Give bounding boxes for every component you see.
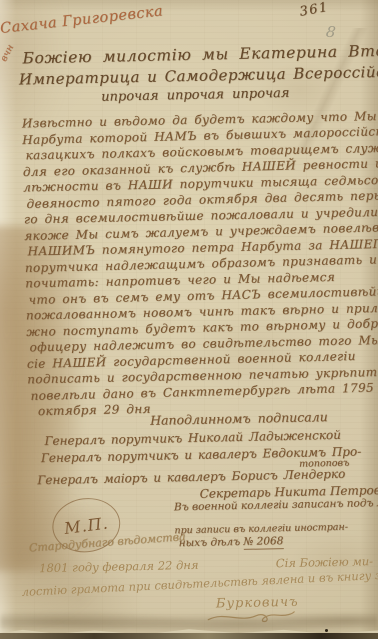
patent-body-text: Извѣстно и вѣдомо да будетъ каждому что … (22, 108, 378, 419)
manuscript-page: 361 8 Сахача Григоревска вчн Божіею мило… (0, 0, 378, 639)
foreign-collegium-note-prefix: ныхъ дѣлъ (179, 536, 244, 549)
foreign-collegium-note-line1: при записи въ коллегіи иностран- (174, 522, 348, 537)
seal-mp-mark: М.П. (63, 513, 110, 537)
attestation-heading: Наподлинномъ подписали (150, 409, 328, 428)
intitulation-line: ипрочая ипрочая ипрочая (95, 86, 295, 105)
ink-dot (325, 629, 328, 632)
margin-note: Сахача Григоревска (0, 3, 164, 37)
torn-bottom-edge-shadow (0, 602, 378, 634)
margin-note-vertical: вчн (0, 43, 16, 64)
foreign-collegium-note-line2: ныхъ дѣлъ № 2068 (179, 535, 284, 549)
manuscript-content: 361 8 Сахача Григоревска вчн Божіею мило… (0, 0, 378, 639)
registration-number: № 2068 (243, 535, 283, 550)
pencil-page-number: 8 (325, 22, 337, 41)
verification-date: 1801 году февраля 22 дня (39, 558, 199, 575)
verification-fragment: Сія Божіею ми- (276, 554, 374, 570)
folio-number: 361 (298, 0, 330, 20)
scan-bed-strip (0, 633, 378, 639)
